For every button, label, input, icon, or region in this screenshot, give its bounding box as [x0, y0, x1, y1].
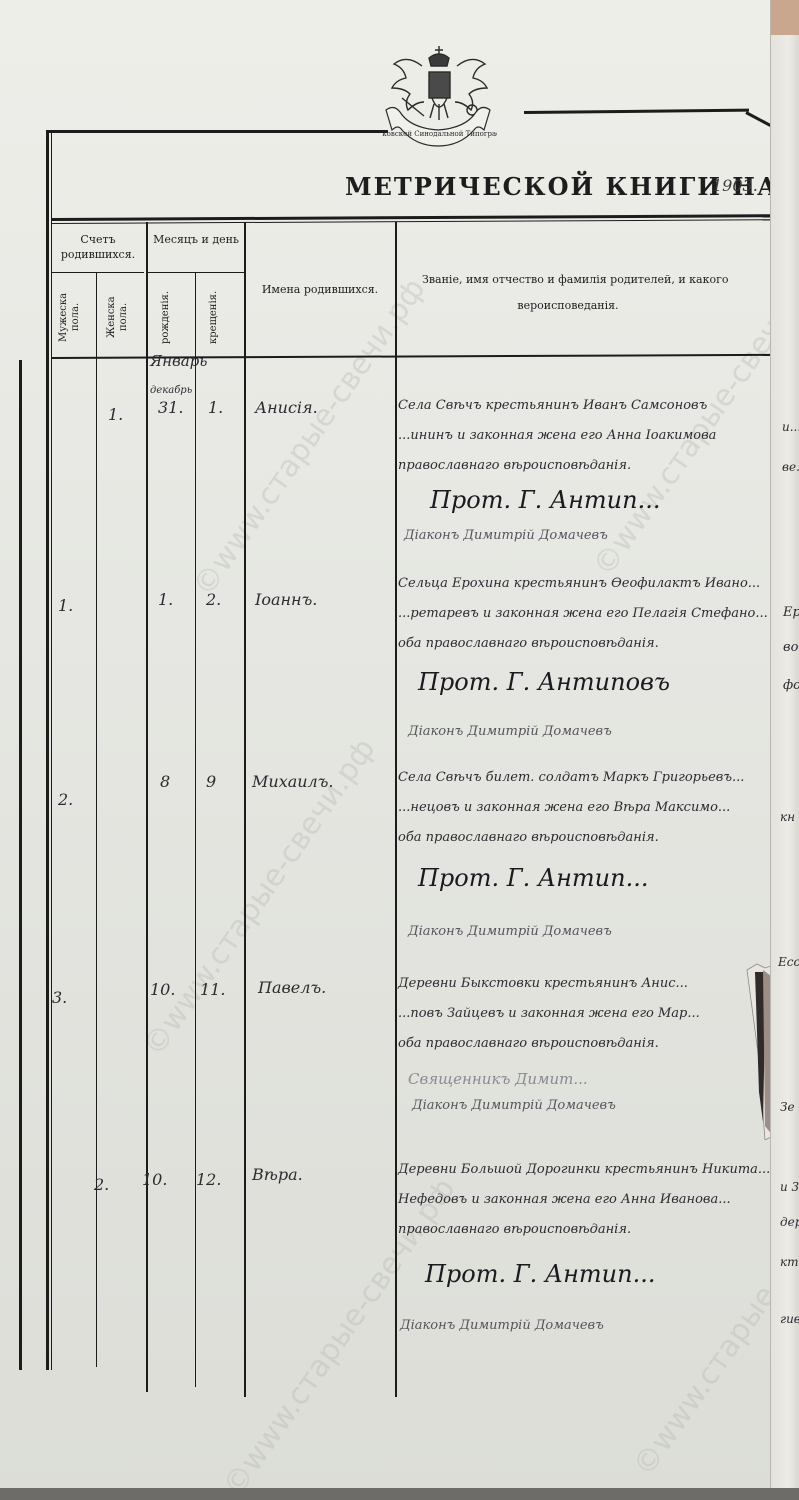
header-male: Мужеска пола. [58, 282, 82, 352]
deacon-signature: Діаконъ Димитрій Домачевъ [408, 724, 612, 739]
priest-signature: Прот. Г. Антип... [425, 1260, 655, 1288]
entry-parents-line: ...нецовъ и законная жена его Вѣра Макси… [398, 800, 730, 815]
entry-parents-line: Деревни Быкстовки крестьянинъ Анис... [398, 976, 688, 991]
entry-birth-day: 10. [150, 980, 175, 999]
entry-female-count: 2. [94, 1175, 109, 1194]
header-baptism: крещенія. [208, 282, 220, 352]
header-names: Имена родившихся. [246, 282, 394, 297]
entry-birth-day: 10. [142, 1170, 167, 1189]
entry-birth-day: 31. [158, 398, 183, 417]
margin-fragment: во [783, 640, 798, 655]
col-rule-date-names [244, 222, 246, 1397]
entry-parents-line: Села Свѣчъ билет. солдатъ Маркъ Григорье… [398, 770, 744, 785]
emblem-ribbon-text: Московской Синодальной Типографии [382, 130, 497, 138]
entry-birth-note: декабрь [150, 385, 192, 396]
priest-signature: Прот. Г. Антип... [430, 486, 660, 514]
entry-baptism-day: 9 [206, 772, 216, 791]
entry-baptism-day: 12. [196, 1170, 221, 1189]
col-rule-count-date [146, 222, 148, 1392]
entry-male-count: 1. [58, 596, 73, 615]
header-female: Женска пола. [106, 282, 130, 352]
entry-parents-line: Нефедовъ и законная жена его Анна Иванов… [398, 1192, 731, 1207]
priest-signature: Прот. Г. Антиповъ [418, 668, 670, 696]
entry-parents-line: оба православнаго вѣроисповѣданія. [398, 1036, 659, 1051]
frame-left [46, 130, 49, 1370]
margin-fragment: кта [780, 1255, 799, 1269]
header-count-born: Счетъ родившихся. [52, 232, 144, 262]
entry-parents-line: православнаго вѣроисповѣданія. [398, 1222, 631, 1237]
month-header: Январь [150, 352, 207, 370]
deacon-signature: Діаконъ Димитрій Домачевъ [404, 528, 608, 543]
margin-fragment: Ер [783, 605, 799, 620]
margin-fragment: фо [783, 678, 799, 693]
header-birth: рожденія. [160, 282, 172, 352]
entry-child-name: Павелъ. [258, 978, 326, 997]
margin-fragment: дер [780, 1215, 799, 1229]
entry-baptism-day: 1. [208, 398, 223, 417]
entry-baptism-day: 11. [200, 980, 225, 999]
entry-parents-line: ...ретаревъ и законная жена его Пелагія … [398, 606, 768, 621]
date-sub-rule [148, 272, 244, 273]
entry-parents-line: Сельца Ерохина крестьянинъ Ѳеофилактъ Ив… [398, 576, 760, 591]
entry-male-count: 2. [58, 790, 73, 809]
entry-child-name: Анисія. [255, 398, 318, 417]
header-parents-line2: вероисповеданія. [398, 298, 738, 313]
margin-fragment: и 3. [780, 1180, 799, 1194]
adjacent-page-edge [770, 0, 799, 1500]
margin-fragment: кн [780, 810, 795, 824]
deacon-signature: Діаконъ Димитрій Домачевъ [400, 1318, 604, 1333]
col-rule-male-female [96, 272, 97, 1367]
col-rule-names-parents [395, 222, 397, 1397]
entry-child-name: Вѣра. [252, 1165, 303, 1184]
entry-child-name: Іоаннъ. [255, 590, 317, 609]
col-rule-left-outer [19, 360, 22, 1370]
margin-fragment: Есс [778, 955, 799, 969]
frame-top-right [524, 109, 749, 114]
entry-parents-line: Села Свѣчъ крестьянинъ Иванъ Самсоновъ [398, 398, 707, 413]
margin-fragment: гив [780, 1312, 799, 1326]
entry-child-name: Михаилъ. [252, 772, 334, 791]
entry-parents-line: Деревни Большой Дорогинки крестьянинъ Ни… [398, 1162, 770, 1177]
edge-stain [771, 0, 799, 35]
bottom-shadow [0, 1488, 799, 1500]
frame-left-inner [51, 132, 52, 1370]
margin-fragment: Зе [780, 1100, 795, 1114]
header-month-day: Месяцъ и день [148, 232, 244, 247]
deacon-signature: Діаконъ Димитрій Домачевъ [412, 1098, 616, 1113]
margin-fragment: ве... [782, 460, 799, 474]
entry-female-count: 1. [108, 405, 123, 424]
entry-parents-line: ...ининъ и законная жена его Анна Іоаким… [398, 428, 716, 443]
register-page: ©www.старые-свечи.рф ©www.старые-свечи.р… [0, 0, 782, 1500]
entry-birth-day: 1. [158, 590, 173, 609]
priest-signature: Прот. Г. Антип... [418, 864, 648, 892]
margin-fragment: и... [782, 420, 799, 434]
entry-baptism-day: 2. [206, 590, 221, 609]
deacon-signature: Діаконъ Димитрій Домачевъ [408, 924, 612, 939]
entry-parents-line: оба православнаго вѣроисповѣданія. [398, 636, 659, 651]
entry-birth-day: 8 [160, 772, 170, 791]
header-parents-line1: Званіе, имя отчество и фамилія родителей… [398, 272, 799, 287]
year-handwritten: 1903. [712, 176, 758, 195]
entry-male-count: 3. [52, 988, 67, 1007]
double-headed-eagle-icon: Московской Синодальной Типографии [382, 38, 497, 148]
entry-parents-line: православнаго вѣроисповѣданія. [398, 458, 631, 473]
count-sub-rule [52, 272, 144, 273]
entry-parents-line: ...повъ Зайцевъ и законная жена его Мар.… [398, 1006, 700, 1021]
frame-top-left [46, 130, 388, 133]
col-rule-birth-baptism [195, 272, 196, 1387]
entry-parents-line: оба православнаго вѣроисповѣданія. [398, 830, 659, 845]
priest-signature: Священникъ Димит... [408, 1070, 588, 1088]
